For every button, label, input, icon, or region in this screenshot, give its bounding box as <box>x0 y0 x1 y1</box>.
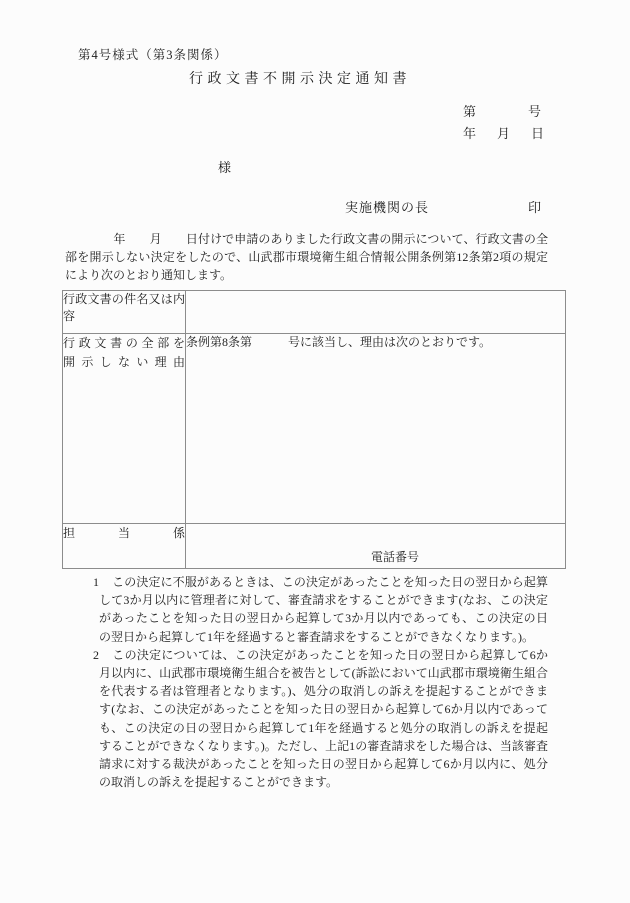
note-text: この決定については、この決定があったことを知った日の翌日から起算して6か月以内に… <box>99 648 548 789</box>
note-number: 1 <box>93 575 99 589</box>
document-number-blank: 第 号 <box>463 101 541 120</box>
reason-label-line1: 行政文書の全部を <box>63 334 185 353</box>
subject-label: 行政文書の件名又は内容 <box>63 291 185 325</box>
seal-mark: 印 <box>528 197 541 216</box>
note-number: 2 <box>93 648 99 662</box>
issuer-title: 実施機関の長 <box>345 197 429 216</box>
notes-section: 1この決定に不服があるときは、この決定があったことを知った日の翌日から起算して3… <box>93 573 548 791</box>
notification-paragraph: 年 月 日付けで申請のありました行政文書の開示について、行政文書の全部を開示しな… <box>65 230 548 284</box>
contact-label-cell: 担当係 <box>63 524 186 569</box>
contact-value-cell: 電話番号 <box>186 524 566 569</box>
subject-label-cell: 行政文書の件名又は内容 <box>63 291 186 334</box>
reason-value: 条例第8条第 号に該当し、理由は次のとおりです。 <box>186 334 565 351</box>
table-row-subject: 行政文書の件名又は内容 <box>63 291 566 334</box>
reason-label-line2: 開示しない理由 <box>63 353 185 372</box>
note-text: この決定に不服があるときは、この決定があったことを知った日の翌日から起算して3か… <box>99 575 548 644</box>
contact-label: 担当係 <box>63 524 185 543</box>
table-row-reason: 行政文書の全部を 開示しない理由 条例第8条第 号に該当し、理由は次のとおりです… <box>63 334 566 524</box>
issue-date-blank: 年 月 日 <box>463 123 548 142</box>
form-table: 行政文書の件名又は内容 行政文書の全部を 開示しない理由 条例第8条第 号に該当… <box>62 290 566 569</box>
subject-value-cell <box>186 291 566 334</box>
document-title: 行政文書不開示決定通知書 <box>0 68 600 88</box>
document-page: 第4号様式（第3条関係） 行政文書不開示決定通知書 第 号 年 月 日 様 実施… <box>0 0 630 903</box>
phone-number-label: 電話番号 <box>371 550 419 565</box>
note-item-2: 2この決定については、この決定があったことを知った日の翌日から起算して6か月以内… <box>93 646 548 792</box>
table-row-contact: 担当係 電話番号 <box>63 524 566 569</box>
note-item-1: 1この決定に不服があるときは、この決定があったことを知った日の翌日から起算して3… <box>93 573 548 646</box>
reason-value-cell: 条例第8条第 号に該当し、理由は次のとおりです。 <box>186 334 566 524</box>
reason-label-cell: 行政文書の全部を 開示しない理由 <box>63 334 186 524</box>
form-number: 第4号様式（第3条関係） <box>78 45 228 63</box>
addressee-suffix: 様 <box>218 157 231 176</box>
